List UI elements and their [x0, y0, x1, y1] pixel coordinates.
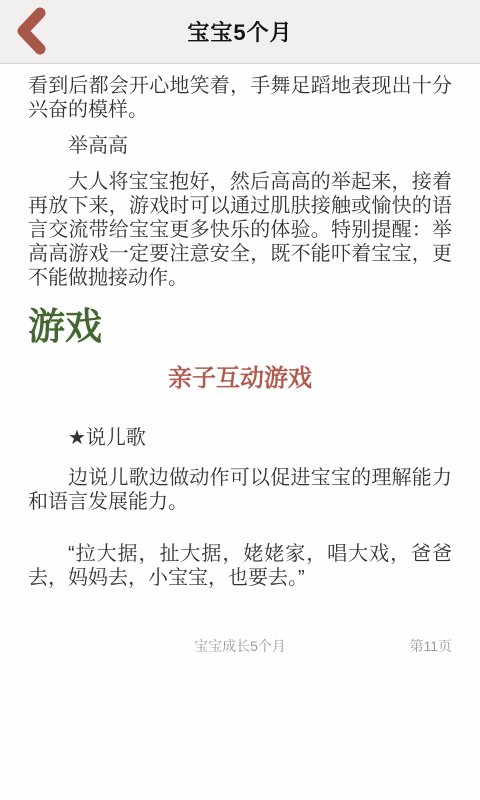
app-header: 宝宝5个月 [0, 0, 480, 64]
footer-book-title: 宝宝成长5个月 [0, 636, 480, 656]
page-footer: 宝宝成长5个月 第11页 [0, 636, 480, 656]
paragraph-rhyme-quote: “拉大据，扯大据，姥姥家，唱大戏，爸爸去，妈妈去，小宝宝，也要去。” [28, 542, 452, 590]
game-item-title: ★说儿歌 [28, 426, 452, 450]
section-heading: 游戏 [28, 306, 452, 350]
back-button[interactable] [6, 7, 56, 57]
paragraph-intro: 看到后都会开心地笑着，手舞足蹈地表现出十分兴奋的模样。 [28, 74, 452, 122]
section-subheading: 亲子互动游戏 [28, 364, 452, 394]
reader-screen: 宝宝5个月 看到后都会开心地笑着，手舞足蹈地表现出十分兴奋的模样。 举高高 大人… [0, 0, 480, 800]
chevron-left-icon [12, 6, 50, 59]
paragraph-game-desc: 边说儿歌边做动作可以促进宝宝的理解能力和语言发展能力。 [28, 466, 452, 514]
paragraph-lift-desc: 大人将宝宝抱好，然后高高的举起来，接着再放下来，游戏时可以通过肌肤接触或愉快的语… [28, 170, 452, 290]
page-title: 宝宝5个月 [187, 16, 292, 47]
footer-page-number: 第11页 [409, 636, 452, 656]
reader-page[interactable]: 看到后都会开心地笑着，手舞足蹈地表现出十分兴奋的模样。 举高高 大人将宝宝抱好，… [0, 64, 480, 590]
paragraph-lift-title: 举高高 [28, 134, 452, 158]
